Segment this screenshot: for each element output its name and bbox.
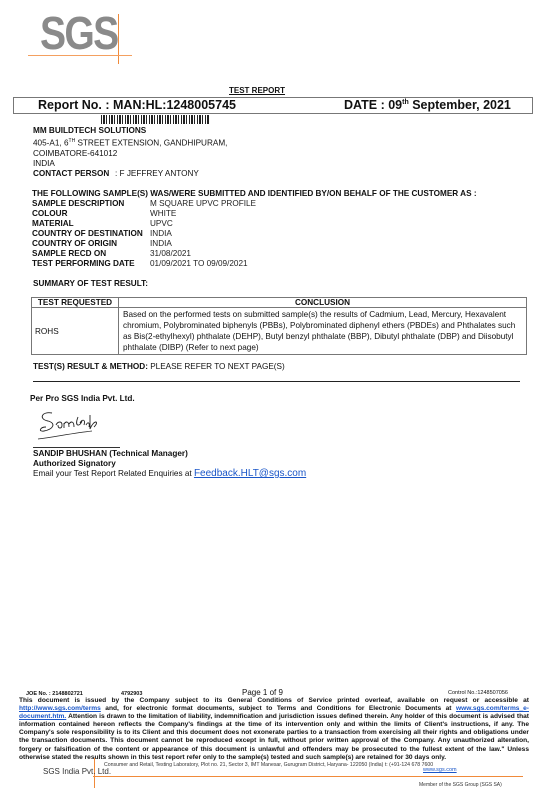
company-name: SGS India Pvt. Ltd. <box>43 767 111 776</box>
page-indicator: Page 1 of 9 <box>242 688 283 697</box>
signatory-name: SANDIP BHUSHAN (Technical Manager) <box>33 449 306 459</box>
test-method: TEST(S) RESULT & METHOD: PLEASE REFER TO… <box>33 362 285 371</box>
contact-value: : F JEFFREY ANTONY <box>115 169 199 178</box>
column-header-test: TEST REQUESTED <box>32 298 119 308</box>
per-pro: Per Pro SGS India Pvt. Ltd. <box>30 394 135 403</box>
customer-block: MM BUILDTECH SOLUTIONS 405-A1, 6TH STREE… <box>33 126 227 179</box>
sgs-logo: SGS <box>40 10 117 56</box>
signature-image <box>34 405 114 445</box>
website-link[interactable]: www.sgs.com <box>423 767 457 773</box>
sample-row: TEST PERFORMING DATE01/09/2021 TO 09/09/… <box>32 259 477 269</box>
report-no-value: MAN:HL:1248005745 <box>113 98 236 112</box>
footer-accent-horizontal <box>93 776 523 777</box>
summary-heading: SUMMARY OF TEST RESULT: <box>33 279 148 288</box>
member-note: Member of the SGS Group (SGS SA) <box>419 782 502 788</box>
sample-row: COUNTRY OF ORIGININDIA <box>32 239 477 249</box>
logo-accent-vertical <box>118 14 119 64</box>
contact-person: CONTACT PERSON: F JEFFREY ANTONY <box>33 169 227 179</box>
contact-label: CONTACT PERSON <box>33 169 115 179</box>
document-type-title: TEST REPORT <box>229 86 285 95</box>
divider <box>33 381 520 382</box>
cell-conclusion: Based on the performed tests on submitte… <box>119 308 527 355</box>
sample-heading: THE FOLLOWING SAMPLE(S) WAS/WERE SUBMITT… <box>32 189 477 199</box>
summary-table: TEST REQUESTED CONCLUSION ROHS Based on … <box>31 297 527 355</box>
column-header-conclusion: CONCLUSION <box>119 298 527 308</box>
signatory-block: SANDIP BHUSHAN (Technical Manager) Autho… <box>33 449 306 479</box>
date-label: DATE : <box>344 98 388 112</box>
sample-row: SAMPLE RECD ON31/08/2021 <box>32 249 477 259</box>
customer-address-line3: INDIA <box>33 159 227 169</box>
customer-address-line2: COIMBATORE-641012 <box>33 149 227 159</box>
sample-row: COUNTRY OF DESTINATIONINDIA <box>32 229 477 239</box>
lab-address: Consumer and Retail, Testing Laboratory,… <box>104 762 433 768</box>
customer-address-line1: 405-A1, 6TH STREET EXTENSION, GANDHIPURA… <box>33 136 227 149</box>
control-number: Control No.:1248507056 <box>448 690 508 696</box>
report-number: Report No. : MAN:HL:1248005745 <box>38 98 236 112</box>
barcode <box>101 115 209 124</box>
customer-name: MM BUILDTECH SOLUTIONS <box>33 126 227 136</box>
date-suffix: th <box>402 99 409 106</box>
method-label: TEST(S) RESULT & METHOD: <box>33 362 148 371</box>
sample-row: MATERIALUPVC <box>32 219 477 229</box>
date-day: 09 <box>388 98 402 112</box>
table-header-row: TEST REQUESTED CONCLUSION <box>32 298 527 308</box>
sample-row: COLOURWHITE <box>32 209 477 219</box>
signature-line <box>33 447 120 448</box>
feedback-email-link[interactable]: Feedback.HLT@sgs.com <box>194 468 306 479</box>
cell-test: ROHS <box>32 308 119 355</box>
sample-row: SAMPLE DESCRIPTIONM SQUARE UPVC PROFILE <box>32 199 477 209</box>
report-no-label: Report No. : <box>38 98 113 112</box>
method-value: PLEASE REFER TO NEXT PAGE(S) <box>148 362 285 371</box>
report-date: DATE : 09th September, 2021 <box>344 98 511 112</box>
email-line: Email your Test Report Related Enquiries… <box>33 469 306 479</box>
sample-info: THE FOLLOWING SAMPLE(S) WAS/WERE SUBMITT… <box>32 189 477 269</box>
logo-accent-horizontal <box>28 55 132 56</box>
terms-link[interactable]: http://www.sgs.com/terms <box>19 705 101 712</box>
legal-disclaimer: This document is issued by the Company s… <box>19 697 529 762</box>
date-rest: September, 2021 <box>409 98 511 112</box>
table-row: ROHS Based on the performed tests on sub… <box>32 308 527 355</box>
